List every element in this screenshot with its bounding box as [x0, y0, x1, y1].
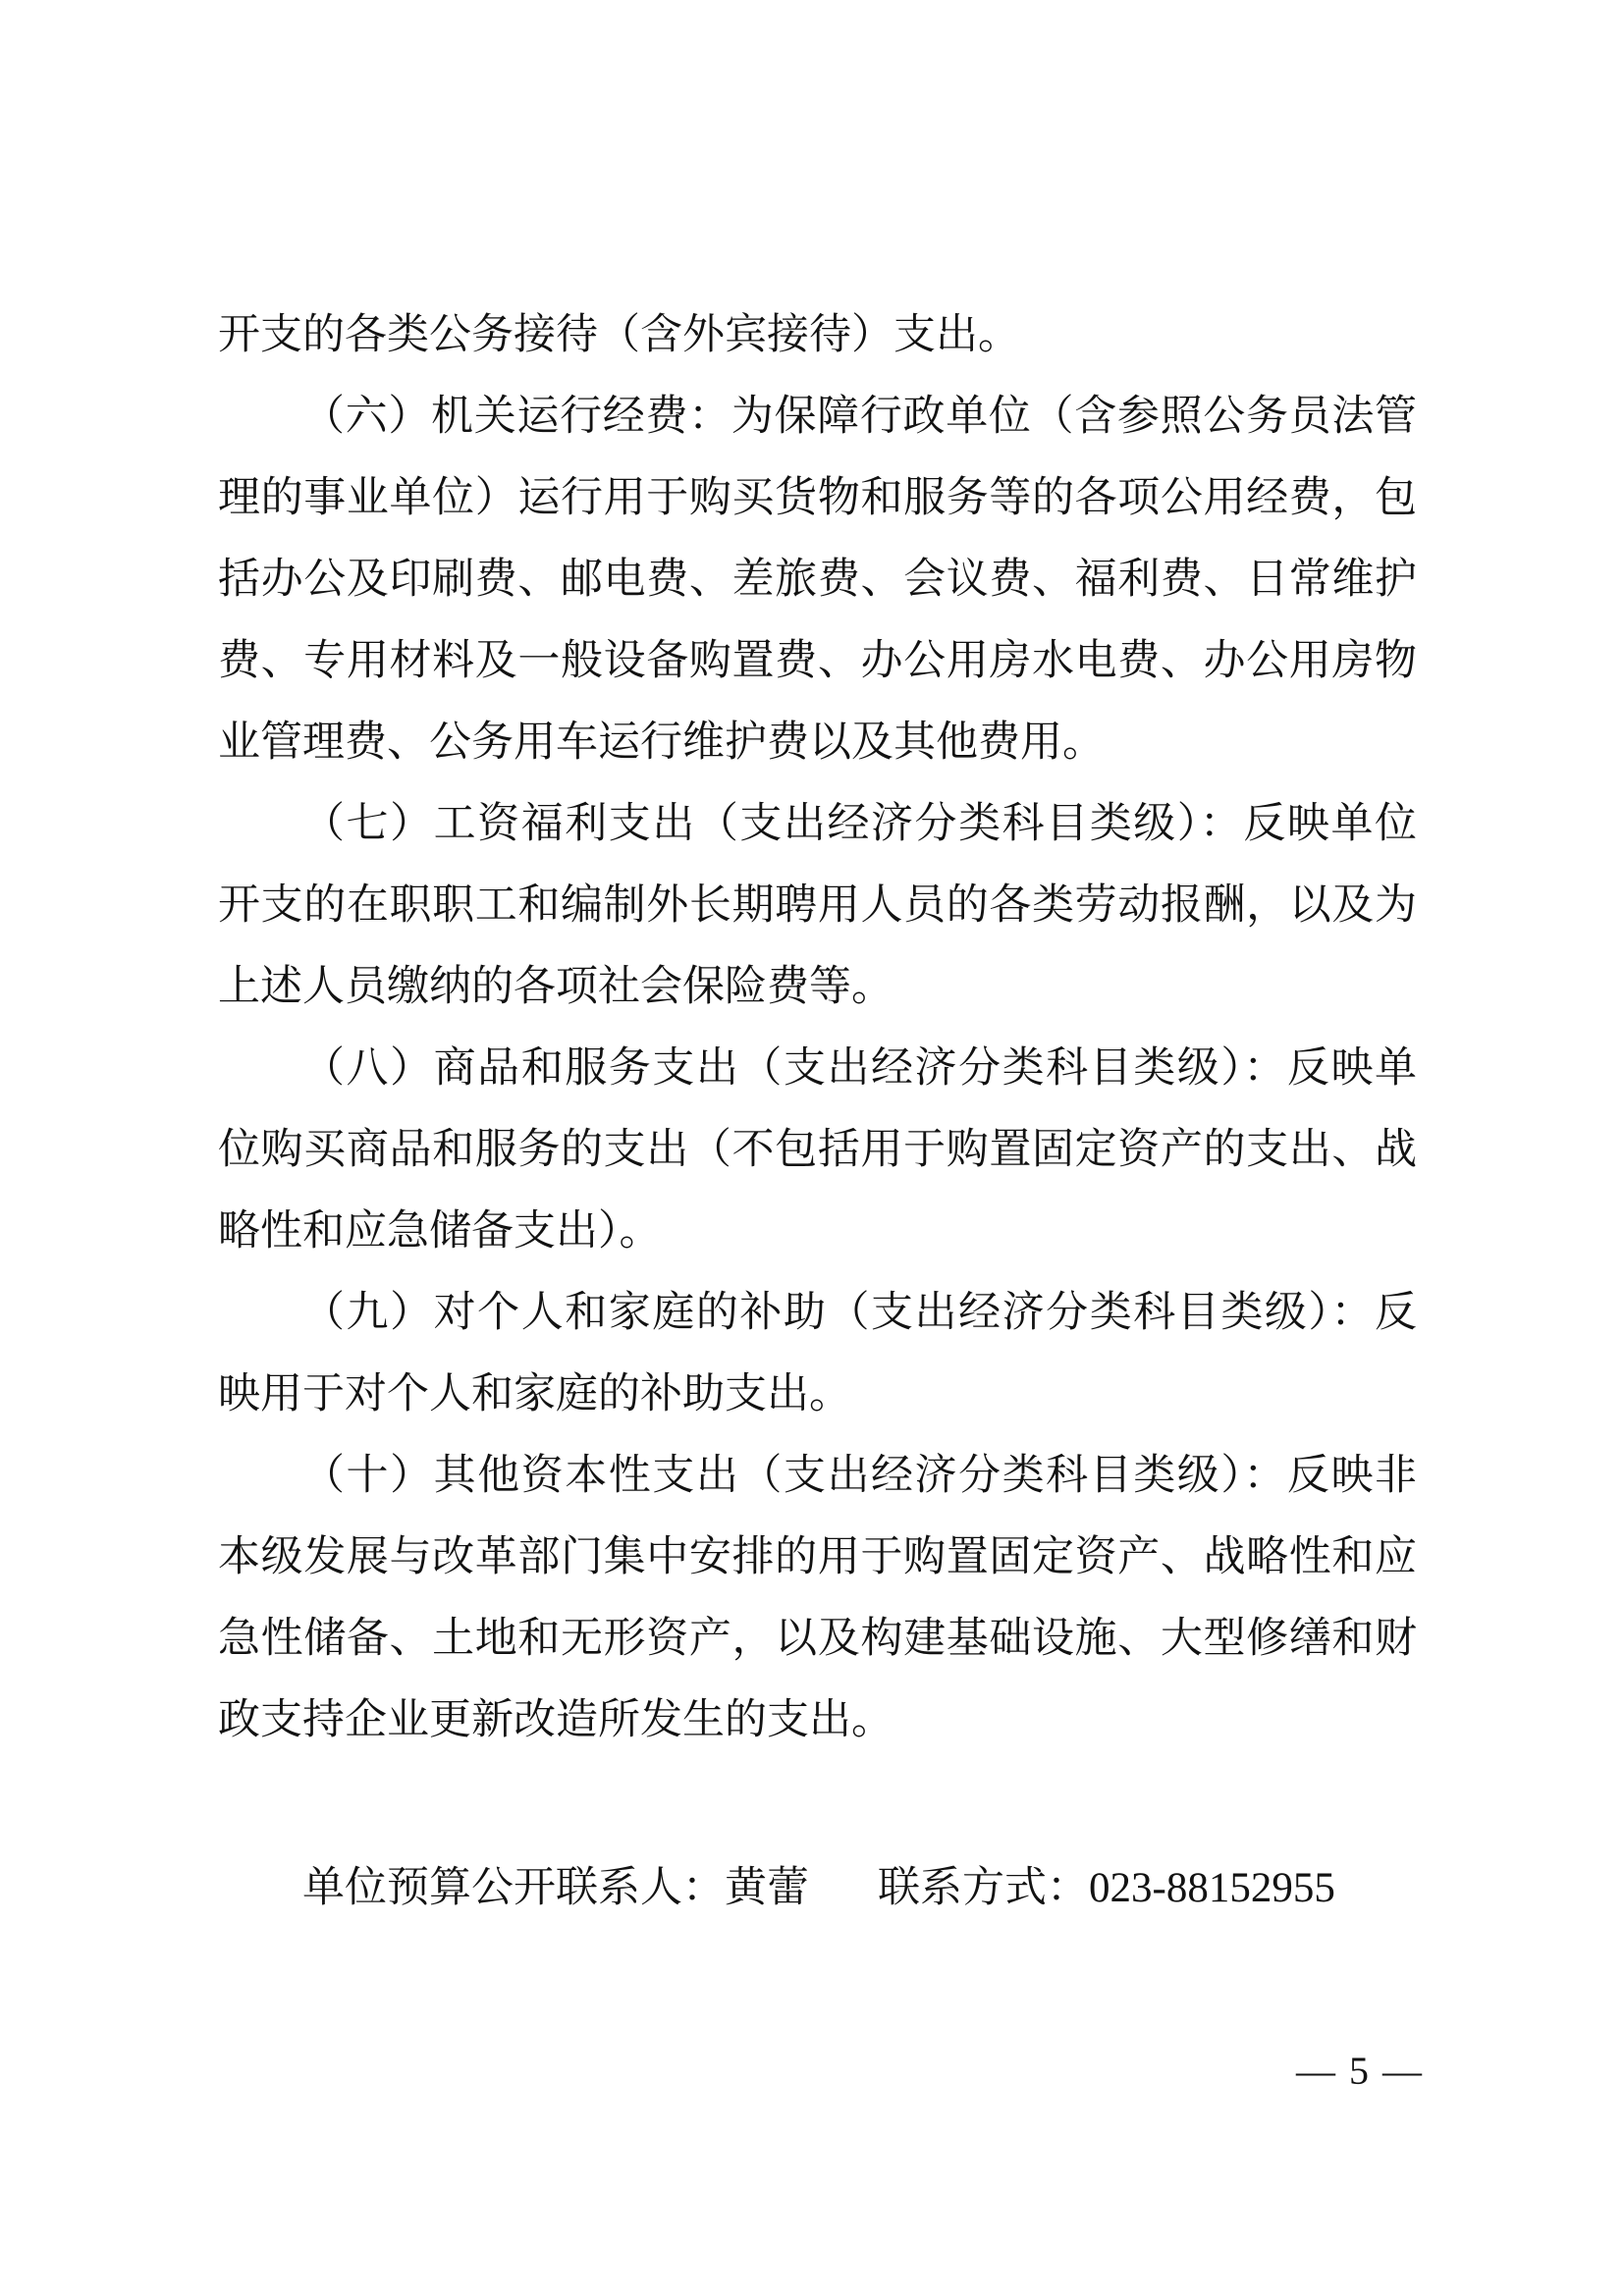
- document-body: 开支的各类公务接待（含外宾接待）支出。 （六）机关运行经费：为保障行政单位（含参…: [218, 294, 1417, 1929]
- contact-line: 单位预算公开联系人：黄蕾联系方式：023-88152955: [218, 1847, 1417, 1929]
- contact-method: 联系方式：023-88152955: [878, 1865, 1335, 1911]
- body-line: 政支持企业更新改造所发生的支出。: [218, 1680, 1417, 1761]
- body-line: 业管理费、公务用车运行维护费以及其他费用。: [218, 702, 1417, 783]
- body-line: 理的事业单位）运行用于购买货物和服务等的各项公用经费，包: [218, 457, 1417, 539]
- body-line: 本级发展与改革部门集中安排的用于购置固定资产、战略性和应: [218, 1517, 1417, 1598]
- contact-person: 单位预算公开联系人：黄蕾: [302, 1865, 809, 1911]
- body-line: 略性和应急储备支出）。: [218, 1191, 1417, 1272]
- body-line: 费、专用材料及一般设备购置费、办公用房水电费、办公用房物: [218, 620, 1417, 702]
- paragraph-start-line: （八）商品和服务支出（支出经济分类科目类级）：反映单: [218, 1028, 1417, 1109]
- body-line: 开支的在职职工和编制外长期聘用人员的各类劳动报酬，以及为: [218, 865, 1417, 946]
- body-line: 开支的各类公务接待（含外宾接待）支出。: [218, 294, 1417, 376]
- body-line: 映用于对个人和家庭的补助支出。: [218, 1354, 1417, 1435]
- document-page: 开支的各类公务接待（含外宾接待）支出。 （六）机关运行经费：为保障行政单位（含参…: [0, 0, 1624, 2296]
- paragraph-start-line: （九）对个人和家庭的补助（支出经济分类科目类级）：反: [218, 1272, 1417, 1354]
- paragraph-start-line: （十）其他资本性支出（支出经济分类科目类级）：反映非: [218, 1435, 1417, 1517]
- body-line: 急性储备、土地和无形资产，以及构建基础设施、大型修缮和财: [218, 1598, 1417, 1680]
- paragraph-start-line: （六）机关运行经费：为保障行政单位（含参照公务员法管: [218, 376, 1417, 457]
- page-number: — 5 —: [1296, 2044, 1424, 2099]
- body-line: 上述人员缴纳的各项社会保险费等。: [218, 946, 1417, 1028]
- paragraph-start-line: （七）工资福利支出（支出经济分类科目类级）：反映单位: [218, 783, 1417, 865]
- body-line: 括办公及印刷费、邮电费、差旅费、会议费、福利费、日常维护: [218, 539, 1417, 620]
- body-line: 位购买商品和服务的支出（不包括用于购置固定资产的支出、战: [218, 1109, 1417, 1191]
